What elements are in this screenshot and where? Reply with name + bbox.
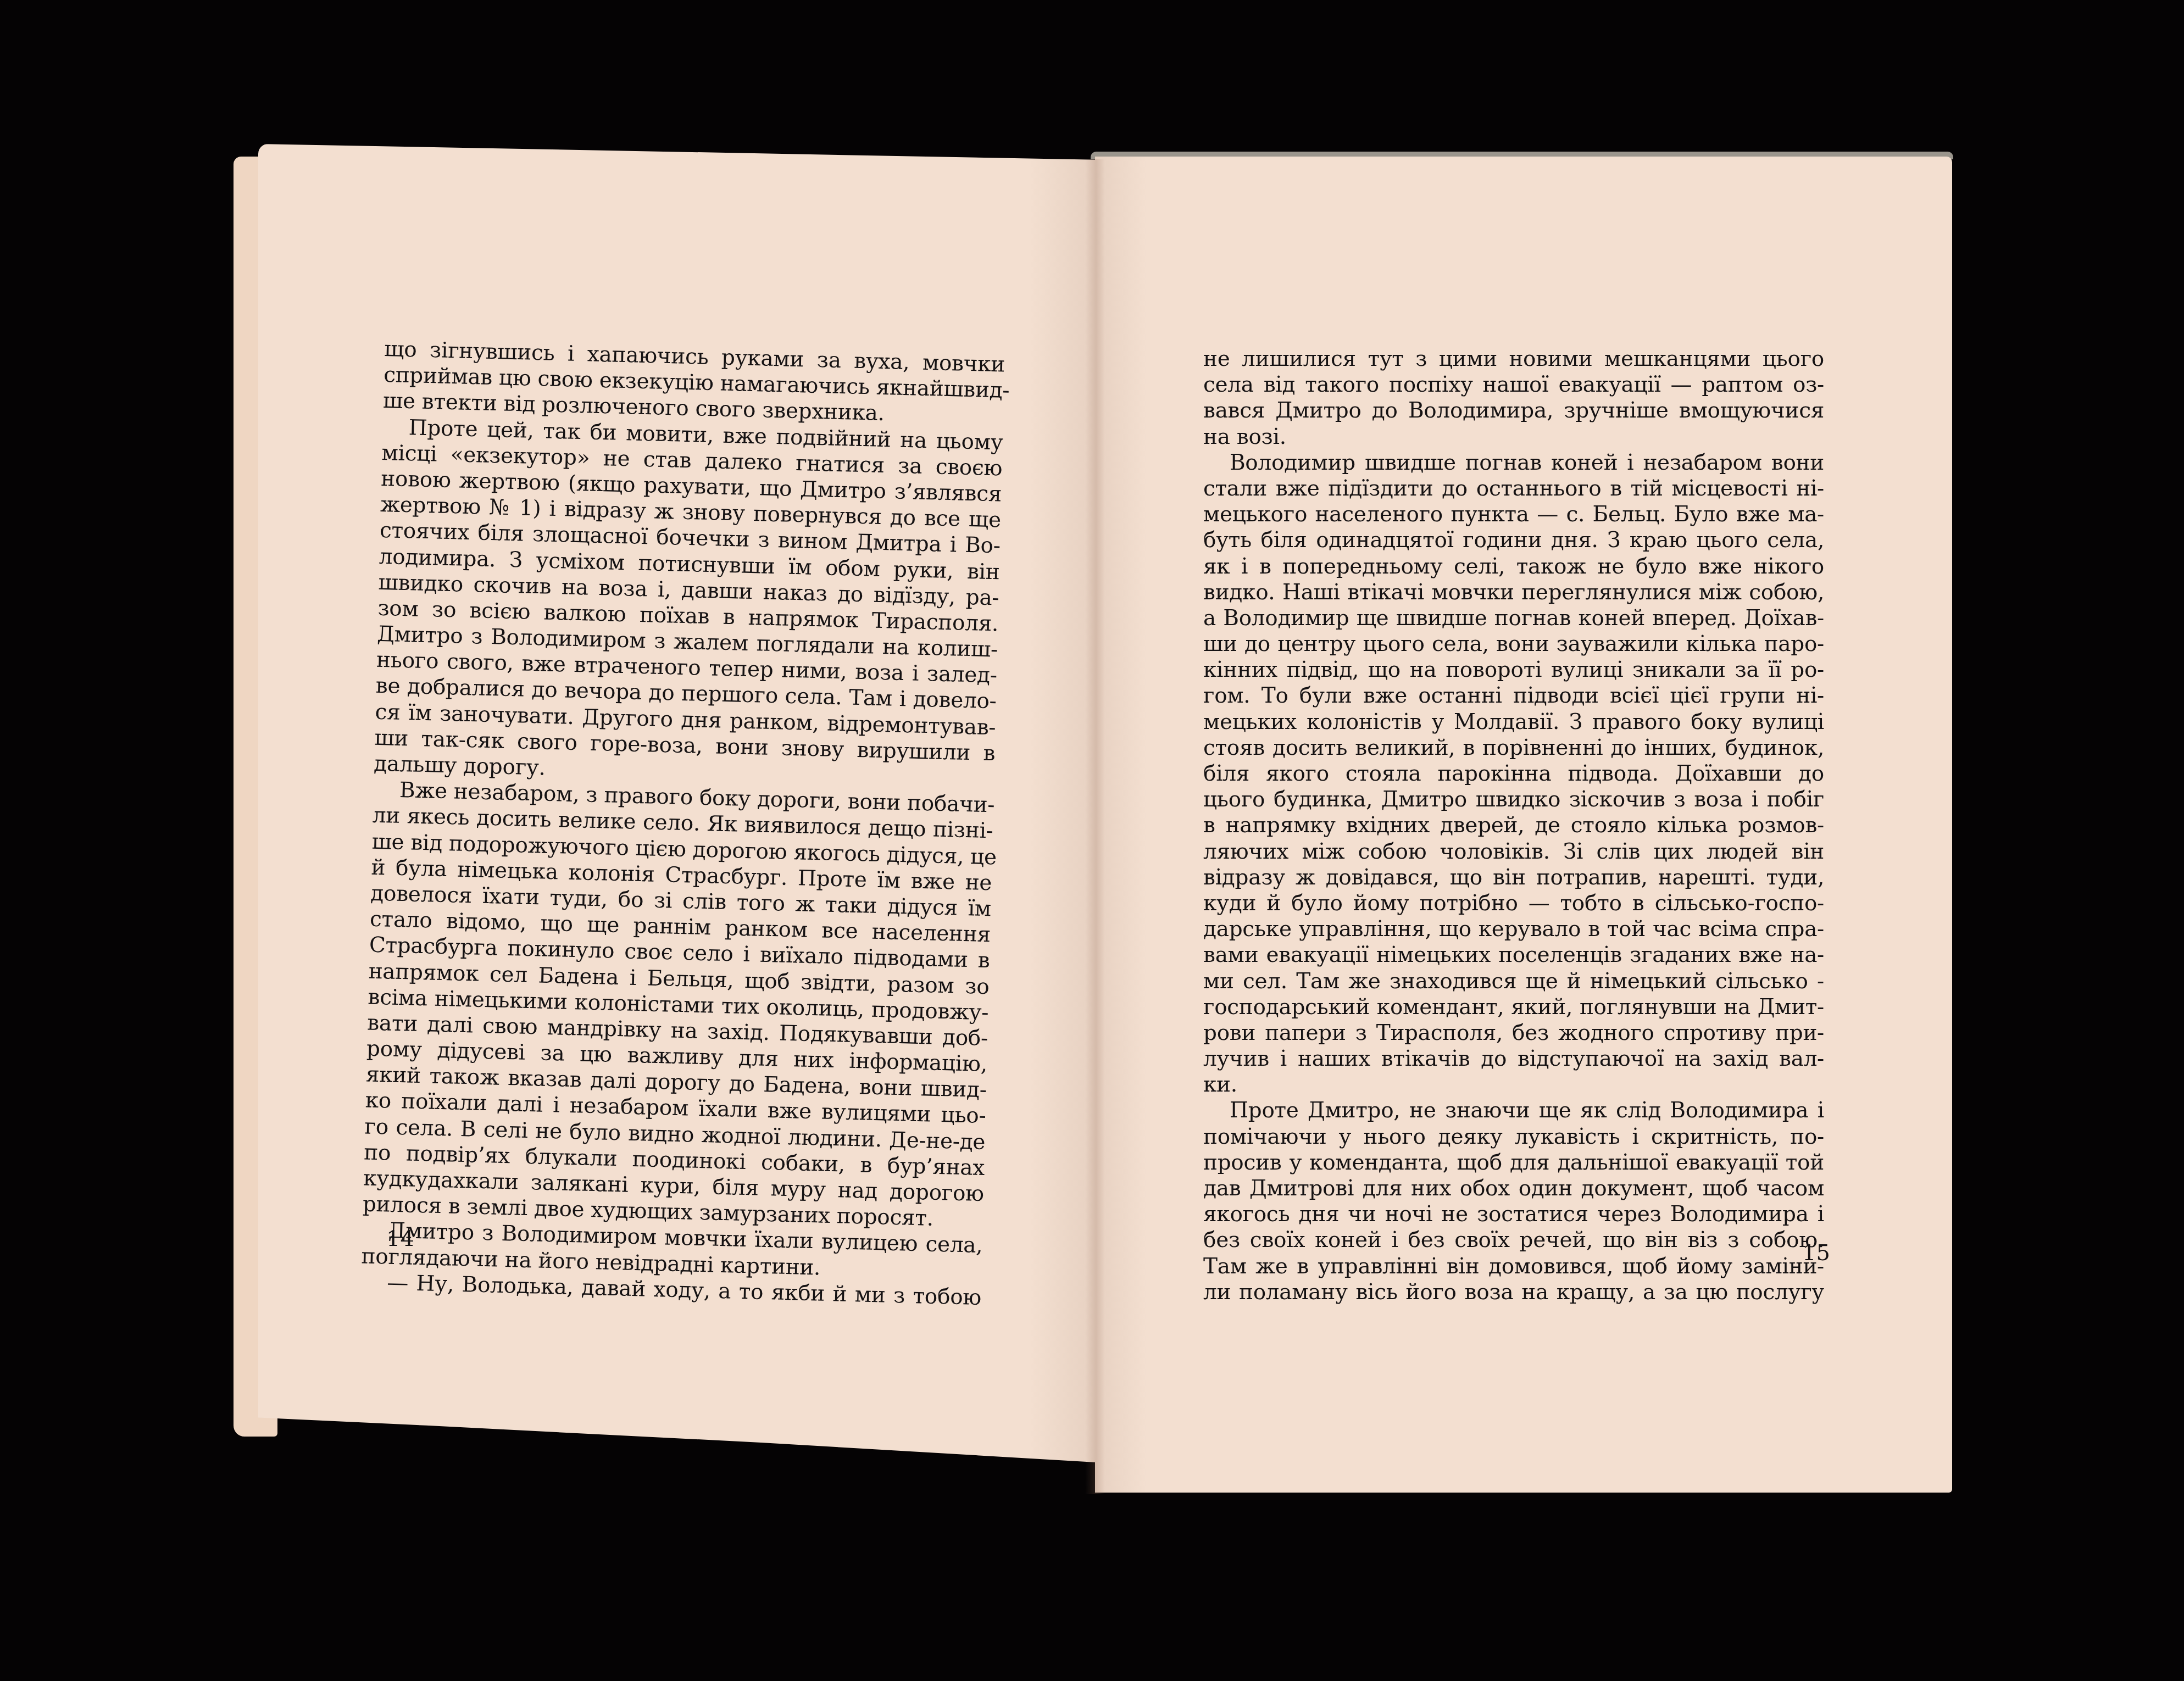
text-line: Проте Дмитро, не знаючи ще як слід Волод…: [1203, 1098, 1824, 1123]
text-line: вався Дмитро до Володимира, зручніше вмо…: [1203, 398, 1824, 424]
text-line: куди й було йому потрібно — тобто в сіль…: [1203, 890, 1824, 916]
left-page-number: 14: [386, 1226, 414, 1251]
text-line: ки.: [1203, 1072, 1824, 1098]
right-page-text: не лишилися тут з цими новими мешканцями…: [1203, 346, 1824, 1305]
text-line: господарський комендант, який, поглянувш…: [1203, 994, 1824, 1020]
text-line: гом. То були вже останні підводи всієї ц…: [1203, 683, 1824, 709]
text-line: а Володимир ще швидше погнав коней впере…: [1203, 605, 1824, 631]
text-line: мецького населеного пункта — с. Бельц. Б…: [1203, 502, 1824, 527]
text-line: дарське управління, що керувало в той ча…: [1203, 916, 1824, 942]
text-line: цього будинка, Дмитро швидко зіскочив з …: [1203, 787, 1824, 812]
text-line: ли поламану вісь його воза на кращу, а з…: [1203, 1279, 1824, 1305]
text-line: як і в попередньому селі, також не було …: [1203, 554, 1824, 580]
right-page-number: 15: [1802, 1240, 1830, 1266]
text-line: якогось дня чи ночі не зостатися через В…: [1203, 1201, 1824, 1227]
text-line: помічаючи у нього деяку лукавість і скри…: [1203, 1124, 1824, 1150]
text-line: відразу ж довідався, що він потрапив, на…: [1203, 865, 1824, 890]
text-line: біля якого стояла парокінна підвода. Дої…: [1203, 761, 1824, 787]
text-line: мецьких колоністів у Молдавії. З правого…: [1203, 709, 1824, 735]
text-line: кінних підвід, що на повороті вулиці зни…: [1203, 657, 1824, 683]
text-line: Там же в управлінні він домовився, щоб й…: [1203, 1254, 1824, 1279]
text-line: стали вже підїздити до останнього в тій …: [1203, 476, 1824, 502]
text-line: буть біля одинадцятої години дня. З краю…: [1203, 527, 1824, 553]
left-page-text: що зігнувшись і хапаючись руками за вуха…: [360, 336, 1005, 1311]
text-line: видко. Наші втікачі мовчки переглянулися…: [1203, 580, 1824, 605]
text-line: не лишилися тут з цими новими мешканцями…: [1203, 346, 1824, 372]
text-line: без своїх коней і без своїх речей, що ві…: [1203, 1227, 1824, 1253]
text-line: в напрямку вхідних дверей, де стояло кіл…: [1203, 812, 1824, 838]
text-line: Володимир швидше погнав коней і незабаро…: [1203, 450, 1824, 476]
text-line: ми сел. Там же знаходився ще й німецький…: [1203, 968, 1824, 994]
text-line: вами евакуації німецьких поселенців згад…: [1203, 942, 1824, 968]
text-line: ляючих між собою чоловіків. Зі слів цих …: [1203, 839, 1824, 865]
text-line: просив у коменданта, щоб для дальнішої е…: [1203, 1150, 1824, 1176]
text-line: дав Дмитрові для них обох один документ,…: [1203, 1176, 1824, 1201]
text-line: ши до центру цього села, вони зауважили …: [1203, 631, 1824, 657]
text-line: рови папери з Тирасполя, без жодного спр…: [1203, 1020, 1824, 1046]
spine-gutter: [1085, 159, 1105, 1494]
text-line: стояв досить великий, в порівненні до ін…: [1203, 735, 1824, 761]
text-line: лучив і наших втікачів до відступаючої н…: [1203, 1046, 1824, 1072]
text-line: села від такого поспіху нашої евакуації …: [1203, 372, 1824, 398]
text-line: на возі.: [1203, 424, 1824, 450]
